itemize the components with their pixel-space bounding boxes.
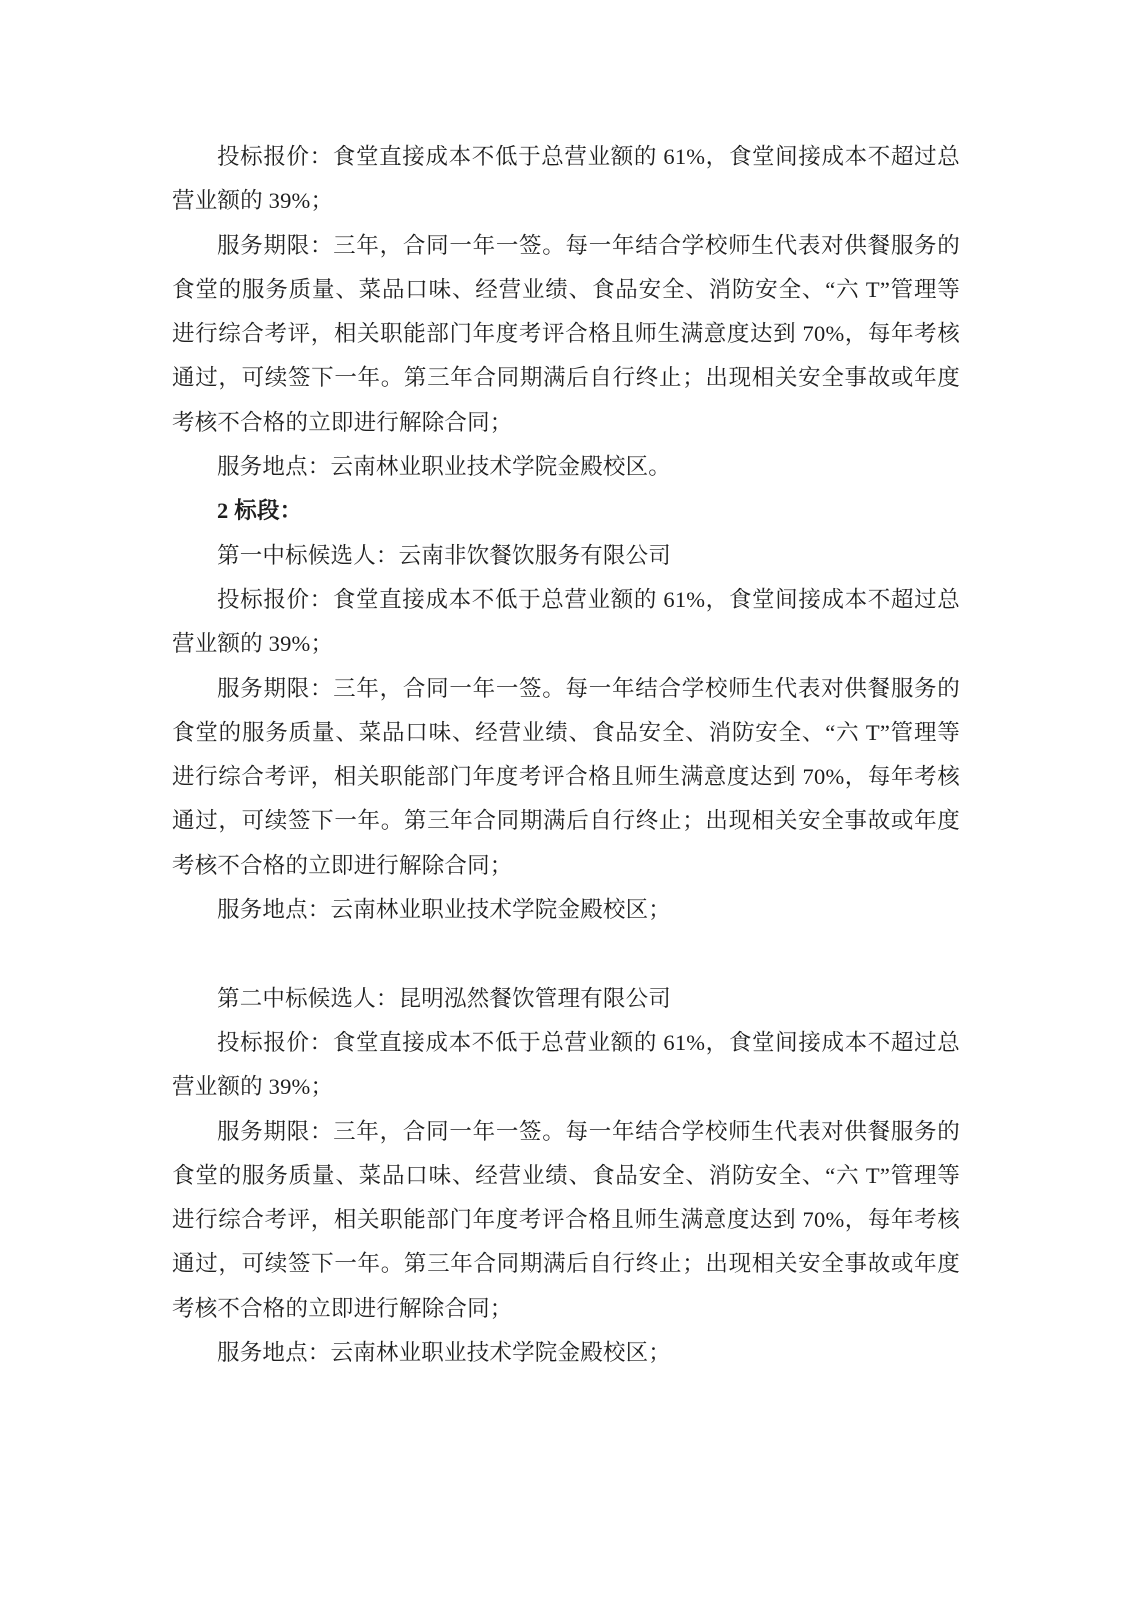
paragraph-bid-price-2: 投标报价：食堂直接成本不低于总营业额的 61%，食堂间接成本不超过总营业额的 3… xyxy=(172,578,960,667)
paragraph-first-candidate: 第一中标候选人：云南非饮餐饮服务有限公司 xyxy=(172,534,960,578)
paragraph-bid-price-3: 投标报价：食堂直接成本不低于总营业额的 61%，食堂间接成本不超过总营业额的 3… xyxy=(172,1021,960,1110)
paragraph-second-candidate: 第二中标候选人：昆明泓然餐饮管理有限公司 xyxy=(172,977,960,1021)
blank-line xyxy=(172,932,960,976)
paragraph-service-term-2: 服务期限：三年，合同一年一签。每一年结合学校师生代表对供餐服务的食堂的服务质量、… xyxy=(172,667,960,888)
paragraph-service-term-3: 服务期限：三年，合同一年一签。每一年结合学校师生代表对供餐服务的食堂的服务质量、… xyxy=(172,1110,960,1331)
paragraph-service-location-3: 服务地点：云南林业职业技术学院金殿校区； xyxy=(172,1331,960,1375)
paragraph-service-location-1: 服务地点：云南林业职业技术学院金殿校区。 xyxy=(172,445,960,489)
heading-section-2: 2 标段： xyxy=(172,489,960,533)
paragraph-service-term-1: 服务期限：三年，合同一年一签。每一年结合学校师生代表对供餐服务的食堂的服务质量、… xyxy=(172,224,960,445)
paragraph-service-location-2: 服务地点：云南林业职业技术学院金殿校区； xyxy=(172,888,960,932)
paragraph-bid-price-1: 投标报价：食堂直接成本不低于总营业额的 61%，食堂间接成本不超过总营业额的 3… xyxy=(172,135,960,224)
document-page: 投标报价：食堂直接成本不低于总营业额的 61%，食堂间接成本不超过总营业额的 3… xyxy=(0,0,1131,1600)
